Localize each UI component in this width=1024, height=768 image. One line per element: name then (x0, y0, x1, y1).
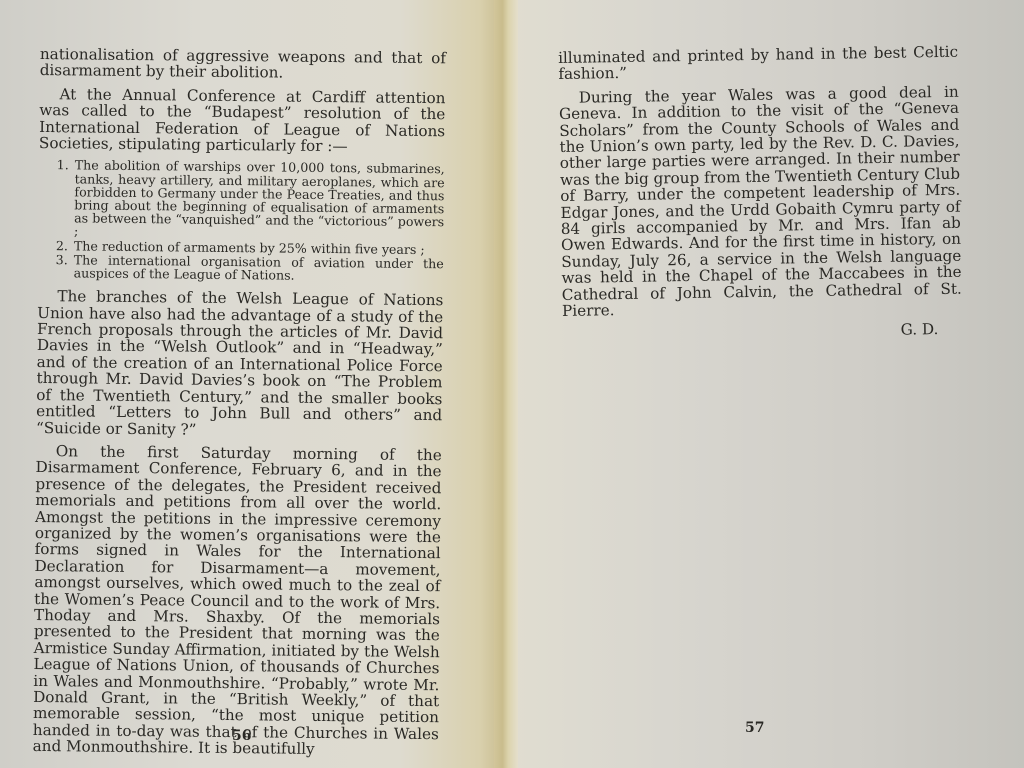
budapest-resolution-list: The abolition of warships over 10,000 to… (38, 158, 445, 283)
paragraph-wales-in-geneva: During the year Wales was a good deal in… (559, 84, 963, 320)
paragraph-welsh-branches: The branches of the Welsh League of Nati… (36, 288, 444, 440)
left-page-text: nationalisation of aggressive weapons an… (33, 46, 446, 766)
page-number-right: 57 (745, 720, 764, 736)
paragraph-disarmament-conference: On the first Saturday morning of the Dis… (33, 443, 442, 759)
open-book-spread: nationalisation of aggressive weapons an… (0, 0, 1024, 768)
paragraph-continuation: illuminated and printed by hand in the b… (558, 44, 958, 83)
list-item: The international organisation of aviati… (72, 253, 444, 283)
paragraph-continuation: nationalisation of aggressive weapons an… (40, 46, 446, 83)
list-item: The abolition of warships over 10,000 to… (72, 159, 445, 242)
page-number-left: 56 (232, 728, 251, 744)
paragraph-cardiff-conference: At the Annual Conference at Cardiff atte… (39, 86, 446, 156)
book-gutter (494, 0, 518, 768)
right-page-text: illuminated and printed by hand in the b… (558, 44, 963, 343)
